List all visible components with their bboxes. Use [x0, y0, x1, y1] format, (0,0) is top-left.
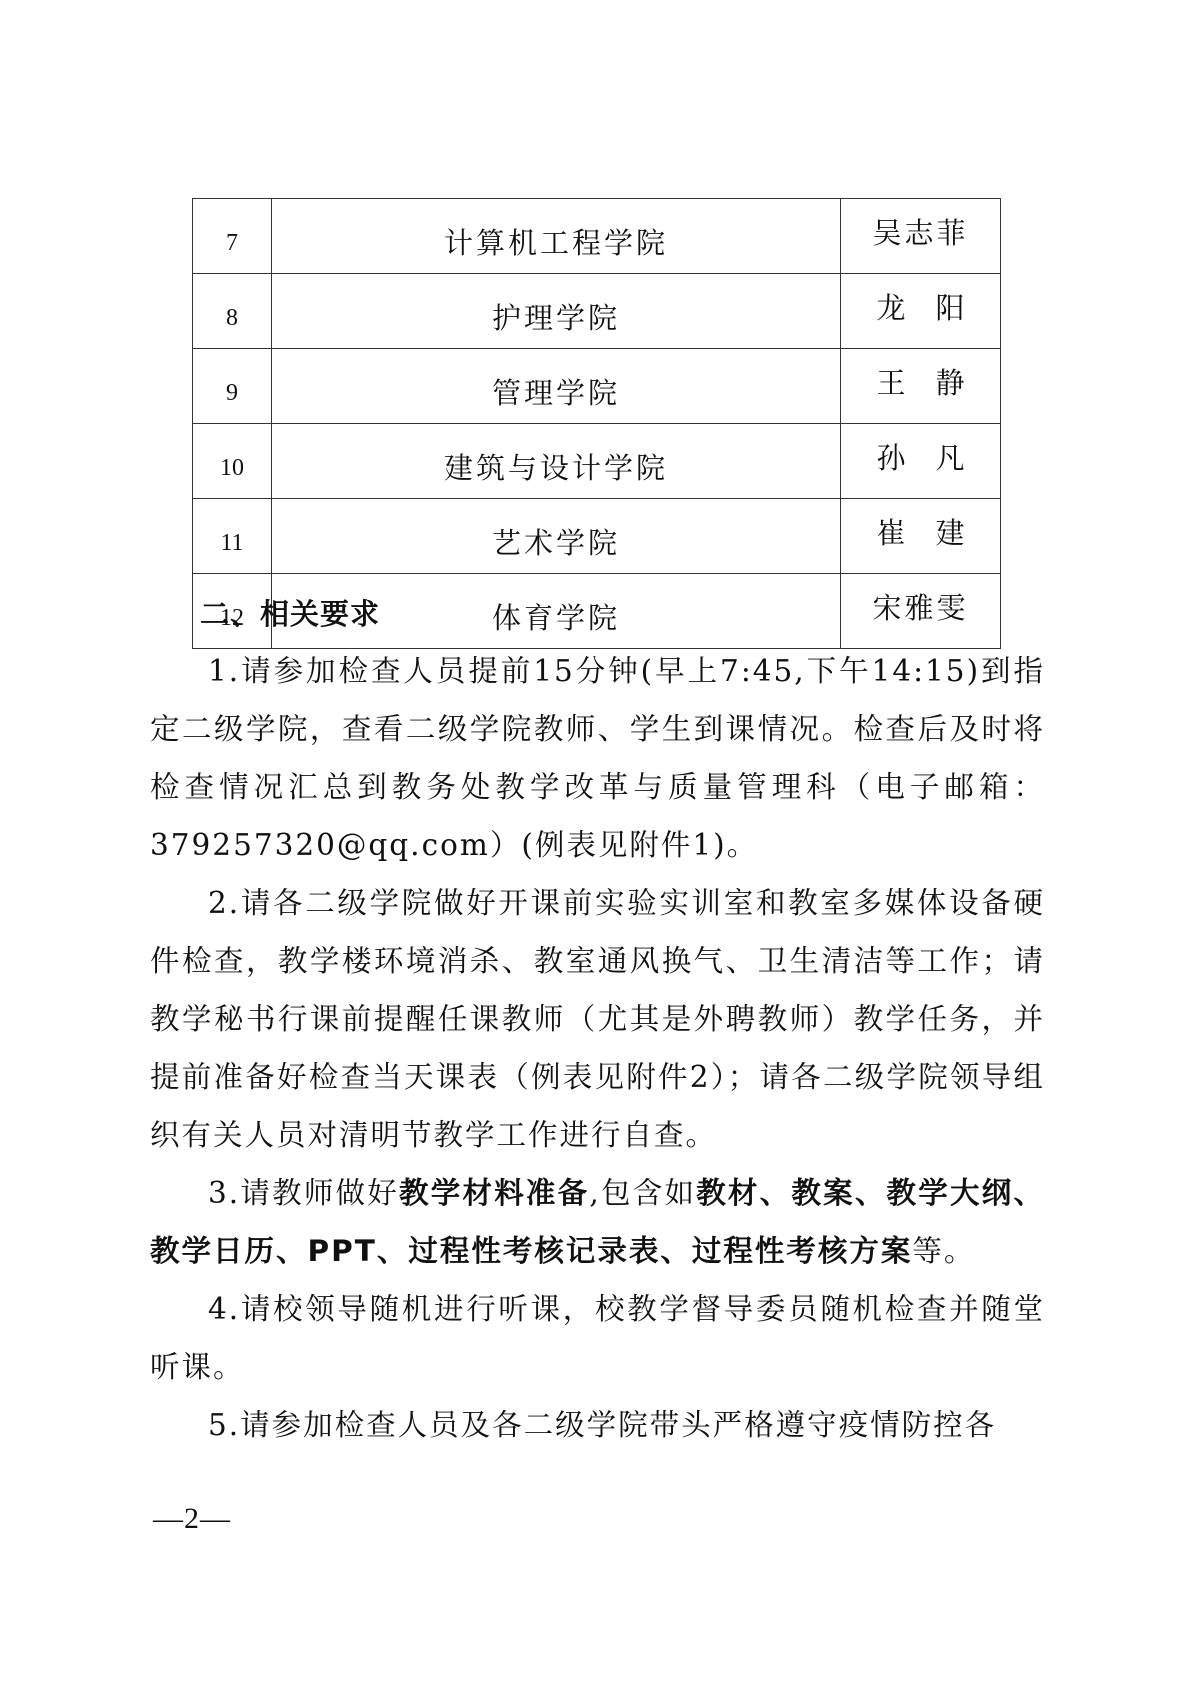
- college-name: 建筑与设计学院: [272, 424, 841, 499]
- college-name: 护理学院: [272, 274, 841, 349]
- page-number: —2—: [153, 1502, 231, 1536]
- row-number: 8: [193, 274, 272, 349]
- college-name: 艺术学院: [272, 499, 841, 574]
- table-row: 8 护理学院 龙阳: [193, 274, 1001, 349]
- inspection-roster-table: 7 计算机工程学院 吴志菲 8 护理学院 龙阳 9 管理学院 王静 10 建筑与…: [192, 198, 1001, 649]
- inspector-name: 孙凡: [841, 424, 1001, 499]
- requirements-body: 1.请参加检查人员提前15分钟(早上7:45,下午14:15)到指定二级学院，查…: [150, 642, 1045, 1454]
- table-row: 11 艺术学院 崔建: [193, 499, 1001, 574]
- requirement-5-text: 5.请参加检查人员及各二级学院带头严格遵守疫情防控各: [208, 1408, 996, 1442]
- inspector-name: 吴志菲: [841, 199, 1001, 274]
- inspector-name-text: 宋雅雯: [872, 591, 968, 625]
- requirement-3-text-b: ,包含如: [589, 1176, 696, 1210]
- requirement-3-text-c: 等。: [912, 1234, 975, 1268]
- table-row: 7 计算机工程学院 吴志菲: [193, 199, 1001, 274]
- requirement-4-text: 4.请校领导随机进行听课，校教学督导委员随机检查并随堂听课。: [150, 1292, 1045, 1384]
- requirement-item-4: 4.请校领导随机进行听课，校教学督导委员随机检查并随堂听课。: [150, 1280, 1045, 1396]
- requirement-item-1: 1.请参加检查人员提前15分钟(早上7:45,下午14:15)到指定二级学院，查…: [150, 642, 1045, 874]
- section-heading: 二、相关要求: [200, 592, 380, 633]
- row-number: 11: [193, 499, 272, 574]
- inspector-name-text: 龙阳: [876, 291, 994, 325]
- requirement-3-emphasis-a: 教学材料准备: [399, 1176, 589, 1210]
- table-row: 9 管理学院 王静: [193, 349, 1001, 424]
- row-number: 7: [193, 199, 272, 274]
- row-number: 10: [193, 424, 272, 499]
- inspector-name-text: 崔建: [876, 516, 994, 550]
- inspector-name-text: 孙凡: [876, 441, 994, 475]
- college-name: 管理学院: [272, 349, 841, 424]
- document-page: 7 计算机工程学院 吴志菲 8 护理学院 龙阳 9 管理学院 王静 10 建筑与…: [0, 0, 1191, 1684]
- requirement-3-text-a: 3.请教师做好: [208, 1176, 399, 1210]
- row-number: 9: [193, 349, 272, 424]
- requirement-item-3: 3.请教师做好教学材料准备,包含如教材、教案、教学大纲、教学日历、PPT、过程性…: [150, 1164, 1045, 1280]
- requirement-item-5: 5.请参加检查人员及各二级学院带头严格遵守疫情防控各: [150, 1396, 1045, 1454]
- college-name: 计算机工程学院: [272, 199, 841, 274]
- inspector-name: 王静: [841, 349, 1001, 424]
- inspector-name: 宋雅雯: [841, 574, 1001, 649]
- requirement-2-text: 2.请各二级学院做好开课前实验实训室和教室多媒体设备硬件检查，教学楼环境消杀、教…: [150, 886, 1045, 1152]
- inspector-name-text: 吴志菲: [872, 216, 968, 250]
- inspector-name: 崔建: [841, 499, 1001, 574]
- table-row: 10 建筑与设计学院 孙凡: [193, 424, 1001, 499]
- requirement-1-text: 1.请参加检查人员提前15分钟(早上7:45,下午14:15)到指定二级学院，查…: [150, 654, 1045, 862]
- inspector-name: 龙阳: [841, 274, 1001, 349]
- inspector-name-text: 王静: [876, 366, 994, 400]
- requirement-item-2: 2.请各二级学院做好开课前实验实训室和教室多媒体设备硬件检查，教学楼环境消杀、教…: [150, 874, 1045, 1164]
